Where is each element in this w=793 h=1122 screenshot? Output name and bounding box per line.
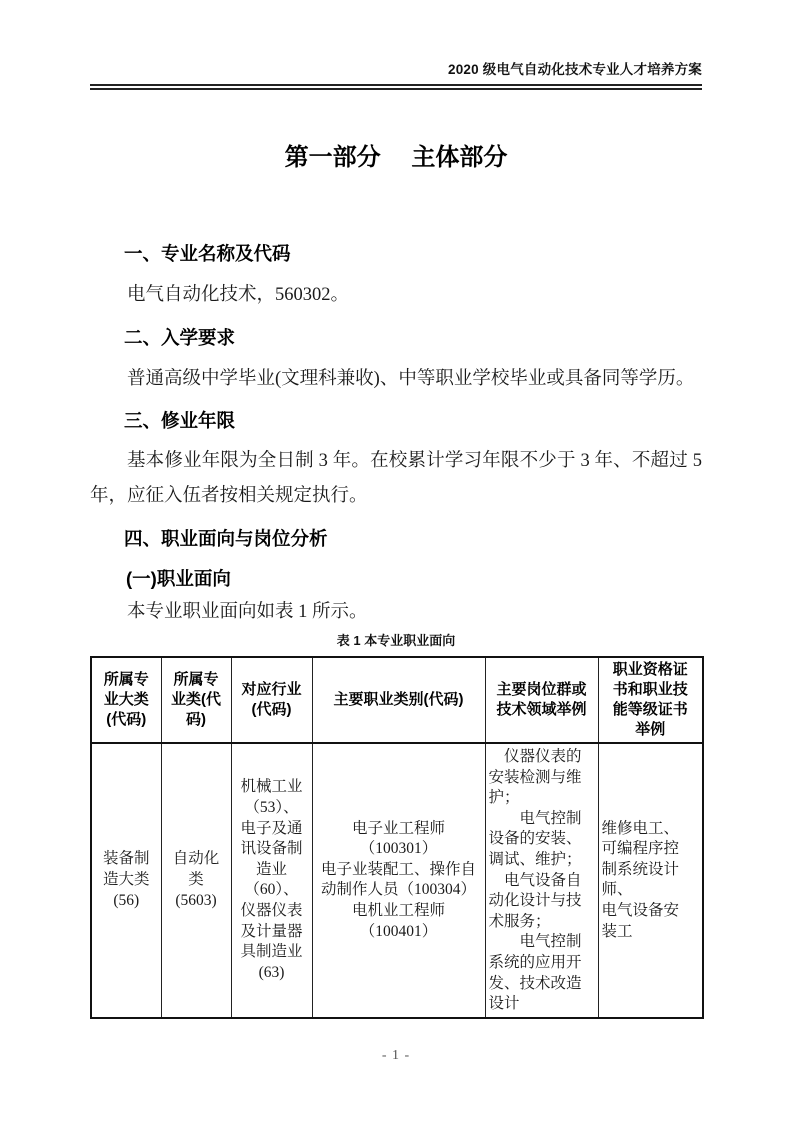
- page-number: - 1 -: [90, 1047, 702, 1065]
- col-header-industries: 对应行业 (代码): [231, 657, 312, 743]
- col-header-sub-category: 所属专 业类(代 码): [161, 657, 231, 743]
- section-heading-major-name-code: 一、专业名称及代码: [90, 236, 702, 271]
- paragraph-major-name-code: 电气自动化技术，560302。: [90, 278, 702, 313]
- cell-job-groups: 仪器仪表的 安装检测与维 护； 电气控制 设备的安装、 调试、维护； 电气设备自…: [485, 743, 598, 1018]
- paragraph-study-duration-line-2: 年，应征入伍者按相关规定执行。: [90, 479, 702, 514]
- section-heading-entry-requirements: 二、入学要求: [90, 320, 702, 355]
- table-row: 装备制 造大类 (56) 自动化 类 (5603) 机械工业 （53）、 电子及…: [91, 743, 703, 1018]
- col-header-major-category: 所属专 业大类 (代码): [91, 657, 161, 743]
- paragraph-entry-requirements: 普通高级中学毕业(文理科兼收)、中等职业学校毕业或具备同等学历。: [90, 362, 702, 397]
- occupation-table: 所属专 业大类 (代码) 所属专 业类(代 码) 对应行业 (代码) 主要职业类…: [90, 656, 704, 1019]
- paragraph-table-reference: 本专业职业面向如表 1 所示。: [90, 596, 702, 628]
- document-page: 2020 级电气自动化技术专业人才培养方案 第一部分 主体部分 一、专业名称及代…: [0, 0, 793, 1122]
- section-heading-career-orientation: 四、职业面向与岗位分析: [90, 521, 702, 556]
- cell-certificates: 维修电工、 可编程序控 制系统设计 师、 电气设备安 装工: [598, 743, 703, 1018]
- section-heading-study-duration: 三、修业年限: [90, 403, 702, 438]
- col-header-job-groups: 主要岗位群或 技术领域举例: [485, 657, 598, 743]
- col-header-occupation-types: 主要职业类别(代码): [312, 657, 485, 743]
- table-header-row: 所属专 业大类 (代码) 所属专 业类(代 码) 对应行业 (代码) 主要职业类…: [91, 657, 703, 743]
- table-caption: 表 1 本专业职业面向: [90, 632, 702, 650]
- subsection-heading-career-orientation: (一)职业面向: [90, 561, 702, 596]
- document-title: 第一部分 主体部分: [90, 141, 702, 174]
- cell-industries: 机械工业 （53）、 电子及通 讯设备制 造业 （60）、 仪器仪表 及计量器 …: [231, 743, 312, 1018]
- cell-occupation-types: 电子业工程师 （100301） 电子业装配工、操作自 动制作人员（100304）…: [312, 743, 485, 1018]
- cell-sub-category: 自动化 类 (5603): [161, 743, 231, 1018]
- paragraph-study-duration-line-1: 基本修业年限为全日制 3 年。在校累计学习年限不少于 3 年、不超过 5: [90, 444, 702, 479]
- cell-major-category: 装备制 造大类 (56): [91, 743, 161, 1018]
- header-divider: [90, 84, 702, 90]
- col-header-certificates: 职业资格证 书和职业技 能等级证书 举例: [598, 657, 703, 743]
- page-header-text: 2020 级电气自动化技术专业人才培养方案: [90, 62, 702, 78]
